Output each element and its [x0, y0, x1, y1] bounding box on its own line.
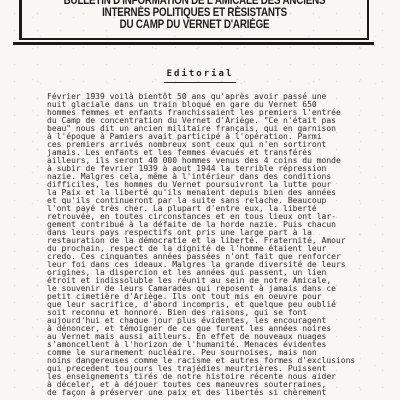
masthead-shadow-line	[13, 42, 374, 45]
editorial-body-text: Février 1939 voilà bientôt 50 ans qu'apr…	[47, 93, 377, 397]
masthead-line-1: BULLETIN D'INFORMATION DE L'AMICALE DES …	[48, 0, 341, 7]
masthead-box: BULLETIN D'INFORMATION DE L'AMICALE DES …	[19, 0, 369, 40]
scanned-document-page: BULLETIN D'INFORMATION DE L'AMICALE DES …	[0, 0, 400, 400]
masthead-line-2: INTERNÉS POLITIQUES ET RÉSISTANTS	[48, 7, 341, 19]
section-heading-row: Editorial	[0, 61, 400, 83]
masthead-line-3: DU CAMP DU VERNET D'ARIÈGE	[48, 19, 341, 31]
editorial-heading: Editorial	[164, 69, 237, 83]
